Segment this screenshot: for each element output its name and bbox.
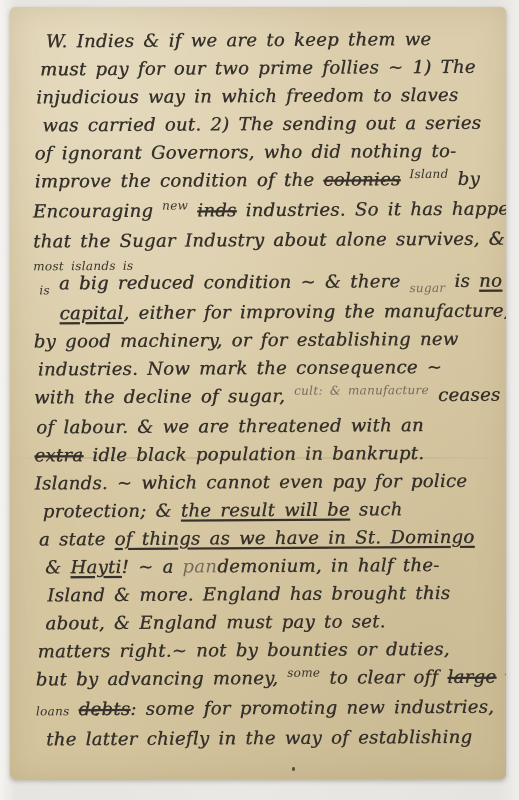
ink-dot <box>292 767 295 771</box>
inserted-word: new <box>162 198 188 212</box>
word-segment: ceases the need <box>429 384 506 406</box>
word-segment: Hayti <box>70 557 121 578</box>
word-segment: must pay for our two prime follies ~ 1) … <box>40 57 476 81</box>
handwritten-line: matters right.~ not by bounties or dutie… <box>38 640 494 662</box>
word-segment: W. Indies & if we are to keep them we <box>46 29 432 52</box>
word-segment <box>69 699 78 720</box>
word-segment: of labour. & we are threatened with an <box>36 415 424 438</box>
handwritten-line: of labour. & we are threatened with an <box>36 416 492 438</box>
handwritten-text: W. Indies & if we are to keep them wemus… <box>32 30 494 759</box>
word-segment: to clear off <box>320 667 447 689</box>
word-segment: that the Sugar Industry about alone surv… <box>33 228 506 252</box>
word-segment: by good machinery, or for establishing n… <box>34 329 459 353</box>
inserted-word: is <box>39 284 50 298</box>
handwritten-line: improve the condition of the colonies Is… <box>35 170 491 194</box>
handwritten-line: was carried out. 2) The sending out a se… <box>42 114 490 136</box>
word-segment: injudicious way in which freedom to slav… <box>36 85 458 109</box>
word-segment: Islands. ~ which cannot even pay for pol… <box>34 471 467 495</box>
word-segment: of ignorant Governors, who did nothing t… <box>34 141 456 165</box>
word-segment: such <box>350 499 403 520</box>
word-segment: & <box>45 557 70 578</box>
handwritten-line: that the Sugar Industry about alone surv… <box>33 230 491 252</box>
word-segment: Island & more. England has brought this <box>47 583 450 606</box>
word-segment: improve the condition of the <box>35 170 324 193</box>
inserted-word: Island <box>409 166 448 180</box>
handwritten-line: most islands is <box>33 258 491 273</box>
word-segment: about, & England must pay to set. <box>45 611 385 634</box>
word-segment: : some for promoting new industries, <box>130 697 494 720</box>
word-segment: the result will be <box>181 499 350 521</box>
word-segment: industries. Now mark the consequence ~ <box>38 357 442 380</box>
handwritten-line: Islands. ~ which cannot even pay for pol… <box>34 472 492 494</box>
handwritten-line: & Hayti! ~ a pandemonium, in half the- <box>45 556 493 578</box>
word-segment: pan <box>182 556 217 577</box>
handwritten-line: is a big reduced condition ~ & there sug… <box>39 272 491 296</box>
word-segment: idle black population in bankrupt. <box>83 443 424 466</box>
handwritten-line: by good machinery, or for establishing n… <box>34 330 492 352</box>
word-segment: industries. So it has happened <box>236 198 506 221</box>
struck-word: debts <box>79 699 131 720</box>
word-segment: with the decline of sugar, <box>34 386 294 409</box>
word-segment: a big reduced condition ~ & there <box>50 271 410 294</box>
word-segment: most islands is <box>33 259 133 274</box>
word-segment: the latter chiefly in the way of establi… <box>46 727 472 751</box>
inserted-word: some <box>287 665 320 679</box>
word-segment: but by advancing money, <box>36 668 288 691</box>
struck-word: extra <box>34 445 83 466</box>
handwritten-line: about, & England must pay to set. <box>45 612 493 634</box>
handwritten-line: extra idle black population in bankrupt. <box>34 444 492 466</box>
inserted-word: cult: & manufacture <box>294 383 429 398</box>
word-segment <box>400 169 409 190</box>
handwritten-line: protection; & the result will be such <box>43 500 493 522</box>
word-segment: ! ~ a <box>121 556 182 577</box>
struck-word: colonies <box>323 169 400 190</box>
struck-word: inds <box>197 200 236 221</box>
handwritten-line: injudicious way in which freedom to slav… <box>36 86 490 108</box>
word-segment: is <box>445 271 479 292</box>
struck-word: large <box>447 667 496 688</box>
handwritten-line: W. Indies & if we are to keep them we <box>46 30 490 52</box>
handwritten-line: of ignorant Governors, who did nothing t… <box>34 142 490 164</box>
handwritten-line: capital, either for improving the manufa… <box>59 302 491 324</box>
word-segment: capital <box>59 303 123 324</box>
word-segment: demonium, in half the- <box>217 555 439 577</box>
word-segment: was carried out. 2) The sending out a se… <box>42 113 481 137</box>
handwritten-line: must pay for our two prime follies ~ 1) … <box>40 58 490 80</box>
handwritten-line: Island & more. England has brought this <box>47 584 493 606</box>
ink-dot <box>95 713 98 716</box>
handwritten-line: with the decline of sugar, cult: & manuf… <box>34 386 492 410</box>
word-segment: matters right.~ not by bounties or dutie… <box>38 639 450 663</box>
word-segment: by <box>449 169 480 190</box>
handwritten-line: but by advancing money, some to clear of… <box>36 668 494 692</box>
handwritten-line: the latter chiefly in the way of establi… <box>46 728 494 750</box>
word-segment: of things as we have in St. Domingo <box>114 527 474 550</box>
word-segment: , either for improving the manufacture, <box>123 300 506 323</box>
manuscript-page: W. Indies & if we are to keep them wemus… <box>10 7 506 779</box>
inserted-word: standing <box>505 664 506 678</box>
inserted-word: sugar <box>409 281 445 295</box>
handwritten-line: Encouraging new inds industries. So it h… <box>33 200 491 224</box>
handwritten-line: loans debts: some for promoting new indu… <box>36 698 494 722</box>
word-segment: protection; & <box>43 501 181 523</box>
word-segment: Encouraging <box>33 201 162 223</box>
word-segment: a state <box>39 529 115 550</box>
handwritten-line: a state of things as we have in St. Domi… <box>39 528 493 550</box>
word-segment: loans <box>36 704 70 718</box>
handwritten-line: industries. Now mark the consequence ~ <box>38 358 492 380</box>
word-segment <box>496 667 505 688</box>
word-segment: no <box>479 271 502 292</box>
